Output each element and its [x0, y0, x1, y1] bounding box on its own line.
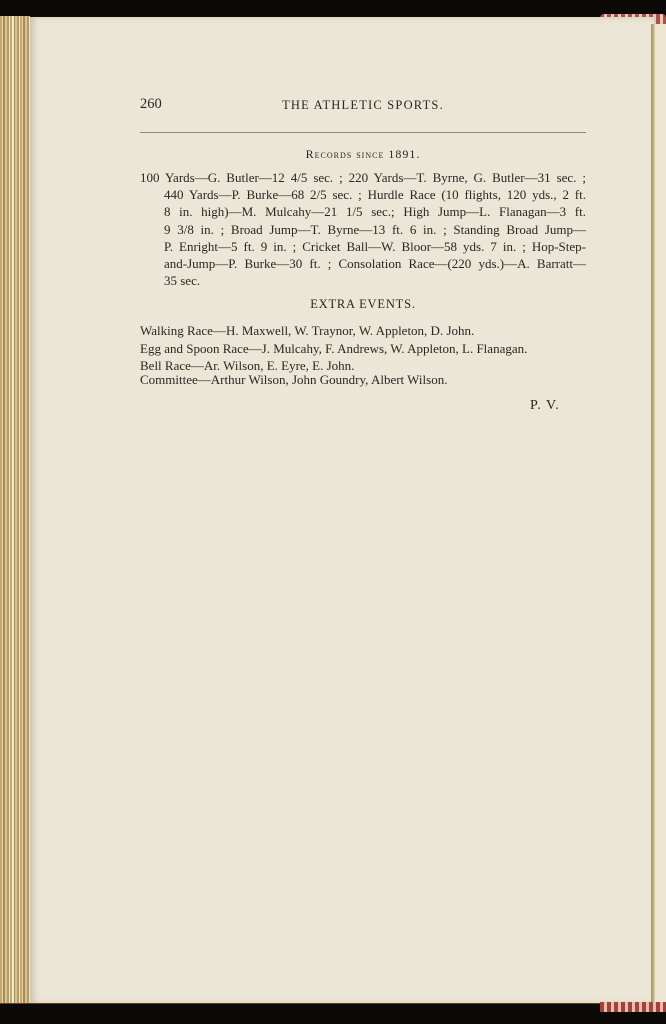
book-scan: 260 THE ATHLETIC SPORTS. Records since 1…	[0, 0, 666, 1024]
header-rule	[140, 132, 586, 133]
records-line: 9 3/8 in. ; Broad Jump—T. Byrne—13 ft. 6…	[164, 221, 586, 238]
signature: P. V.	[530, 398, 560, 414]
headband-bottom	[600, 1002, 666, 1012]
running-head: 260 THE ATHLETIC SPORTS.	[140, 96, 586, 118]
records-line: 100 Yards—G. Butler—12 4/5 sec. ; 220 Ya…	[164, 169, 586, 186]
records-paragraph: 100 Yards—G. Butler—12 4/5 sec. ; 220 Ya…	[140, 169, 586, 289]
records-line: 8 in. high)—M. Mulcahy—21 1/5 sec.; High…	[164, 203, 586, 220]
records-heading: Records since 1891.	[140, 147, 586, 162]
records-line: 440 Yards—P. Burke—68 2/5 sec. ; Hurdle …	[164, 186, 586, 203]
running-title: THE ATHLETIC SPORTS.	[140, 98, 586, 113]
book-cover-bottom	[0, 1004, 666, 1024]
extra-event-item: Egg and Spoon Race—J. Mulcahy, F. Andrew…	[140, 340, 586, 358]
page-stack-left	[0, 16, 30, 1006]
extra-event-item: Walking Race—H. Maxwell, W. Traynor, W. …	[140, 322, 586, 340]
facing-page-edge	[655, 24, 666, 1004]
records-line: and-Jump—P. Burke—30 ft. ; Consolation R…	[164, 255, 586, 272]
extra-events-heading: EXTRA EVENTS.	[140, 297, 586, 312]
committee-line: Committee—Arthur Wilson, John Goundry, A…	[140, 372, 586, 388]
book-cover-top	[0, 0, 666, 16]
extra-events-list: Walking Race—H. Maxwell, W. Traynor, W. …	[140, 322, 586, 375]
records-line: 35 sec.	[164, 272, 586, 289]
page-stack-gap	[12, 16, 14, 1006]
records-line: P. Enright—5 ft. 9 in. ; Cricket Ball—W.…	[164, 238, 586, 255]
book-page	[30, 17, 654, 1004]
